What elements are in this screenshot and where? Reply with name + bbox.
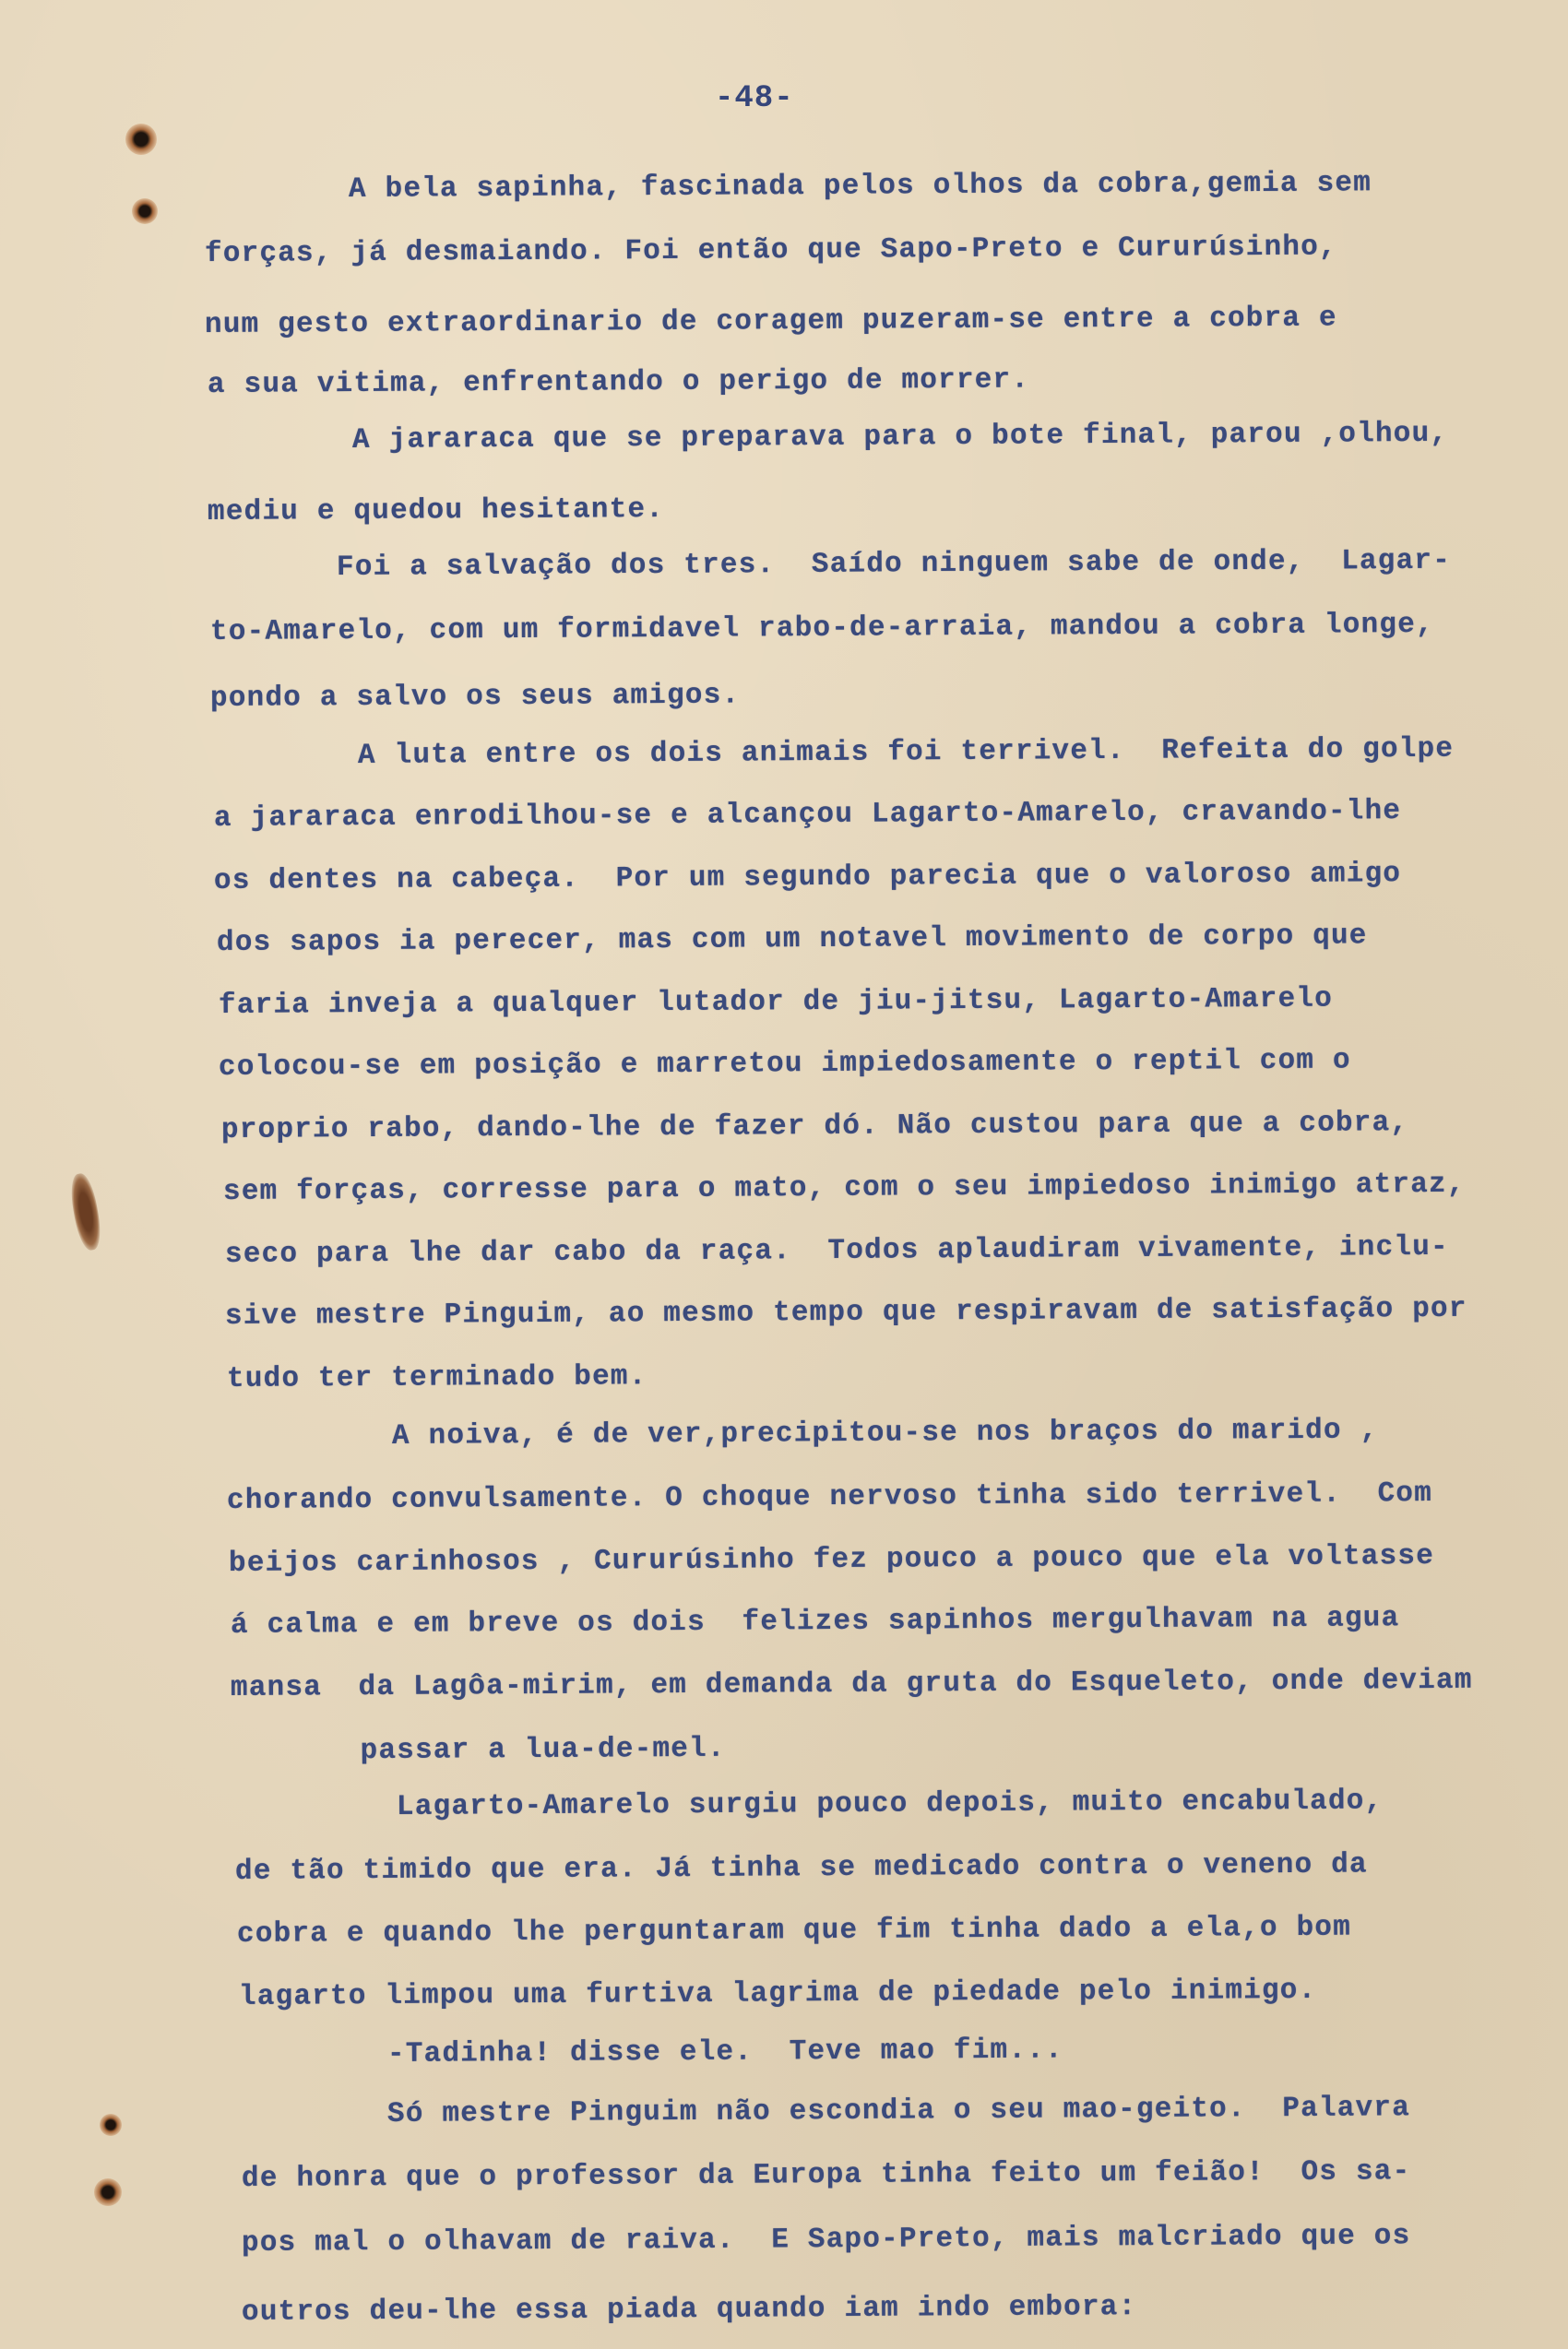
text-line: Só mestre Pinguim não escondia o seu mao… [387, 2092, 1410, 2130]
text-line: de tão timido que era. Já tinha se medic… [235, 1849, 1368, 1888]
punch-hole-icon [125, 124, 157, 155]
text-line: a sua vitima, enfrentando o perigo de mo… [208, 364, 1029, 401]
text-line: de honra que o professor da Europa tinha… [242, 2155, 1411, 2195]
text-line: to-Amarelo, com um formidavel rabo-de-ar… [210, 609, 1434, 648]
text-line: dos sapos ia perecer, mas com um notavel… [217, 919, 1368, 959]
text-line: sem forças, corresse para o mato, com o … [223, 1169, 1466, 1208]
text-line: seco para lhe dar cabo da raça. Todos ap… [225, 1231, 1449, 1271]
text-line: colocou-se em posição e marretou impiedo… [219, 1045, 1351, 1084]
text-line: A luta entre os dois animais foi terrive… [358, 733, 1454, 772]
text-line: forças, já desmaiando. Foi então que Sap… [205, 231, 1337, 270]
text-line: A noiva, é de ver,precipitou-se nos braç… [392, 1414, 1379, 1453]
text-line: Foi a salvação dos tres. Saído ninguem s… [337, 545, 1451, 584]
text-line: á calma e em breve os dois felizes sapin… [231, 1602, 1400, 1642]
punch-hole-icon [132, 198, 158, 224]
text-line: a jararaca enrodilhou-se e alcançou Laga… [214, 795, 1401, 835]
text-line: Lagarto-Amarelo surgiu pouco depois, mui… [397, 1785, 1384, 1823]
ink-stain-icon [67, 1171, 104, 1252]
text-line: -Tadinha! disse ele. Teve mao fim... [387, 2035, 1063, 2070]
text-line: tudo ter terminado bem. [227, 1360, 647, 1395]
text-line: lagarto limpou uma furtiva lagrima de pi… [239, 1975, 1317, 2013]
text-line: passar a lua-de-mel. [232, 1733, 726, 1768]
text-line: mediu e quedou hesitante. [208, 493, 664, 528]
text-line: A bela sapinha, fascinada pelos olhos da… [349, 167, 1372, 206]
page-number: -48- [715, 81, 794, 116]
text-line: A jararaca que se preparava para o bote … [352, 418, 1448, 457]
text-line: sive mestre Pinguim, ao mesmo tempo que … [225, 1293, 1467, 1333]
text-line: outros deu-lhe essa piada quando iam ind… [242, 2291, 1137, 2329]
punch-hole-icon [94, 2178, 122, 2206]
text-line: mansa da Lagôa-mirim, em demanda da grut… [231, 1665, 1473, 1704]
text-line: os dentes na cabeça. Por um segundo pare… [214, 858, 1401, 897]
text-line: proprio rabo, dando-lhe de fazer dó. Não… [221, 1107, 1408, 1146]
text-line: num gesto extraordinario de coragem puze… [205, 303, 1337, 341]
text-line: faria inveja a qualquer lutador de jiu-j… [219, 983, 1333, 1022]
text-line: chorando convulsamente. O choque nervoso… [227, 1477, 1432, 1517]
text-line: pondo a salvo os seus amigos. [210, 679, 741, 715]
text-line: cobra e quando lhe perguntaram que fim t… [237, 1912, 1351, 1951]
text-line: pos mal o olhavam de raiva. E Sapo-Preto… [242, 2220, 1411, 2260]
text-line: beijos carinhosos , Cururúsinho fez pouc… [229, 1540, 1434, 1580]
punch-hole-icon [100, 2114, 122, 2136]
